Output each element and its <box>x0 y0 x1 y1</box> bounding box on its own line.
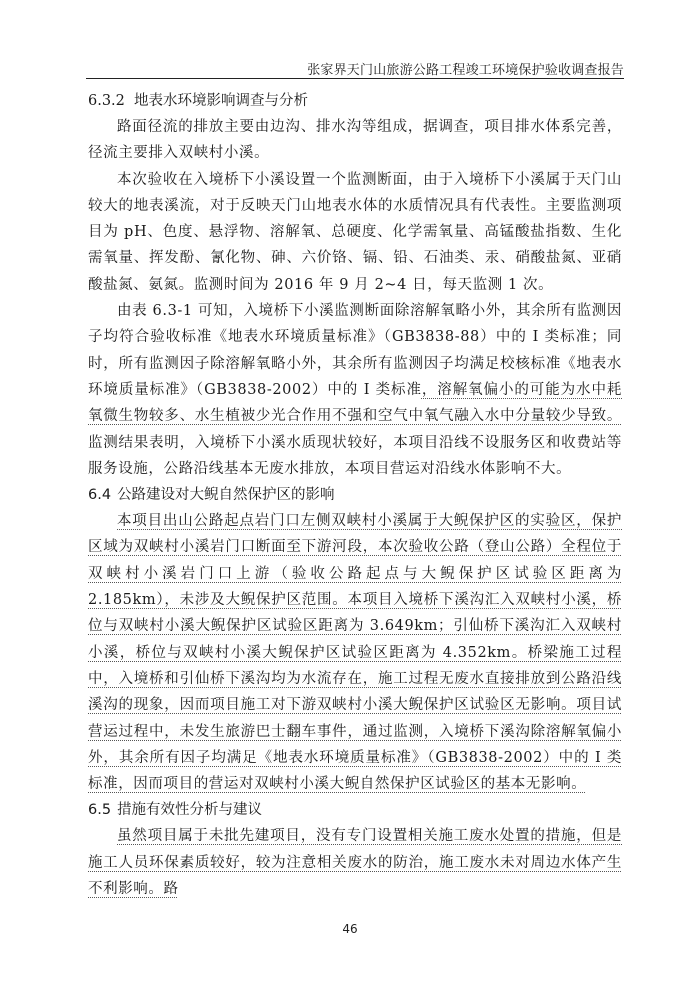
section-number: 6.4 <box>88 487 111 503</box>
underlined-text-run: 虽然项目属于未批先建项目，没有专门设置相关施工废水处置的措施，但是施工人员环保素… <box>88 828 622 897</box>
section-title: 公路建设对大鲵自然保护区的影响 <box>117 487 335 503</box>
paragraph: 由表 6.3-1 可知，入境桥下小溪监测断面除溶解氧略小外，其余所有监测因子均符… <box>88 298 622 482</box>
paragraph: 虽然项目属于未批先建项目，没有专门设置相关施工废水处置的措施，但是施工人员环保素… <box>88 823 622 902</box>
report-title: 张家界天门山旅游公路工程竣工环境保护验收调查报告 <box>307 63 624 78</box>
section-number: 6.5 <box>88 802 111 818</box>
page-header: 张家界天门山旅游公路工程竣工环境保护验收调查报告 <box>86 58 624 79</box>
section-title: 措施有效性分析与建议 <box>117 802 262 818</box>
section-number: 6.3.2 <box>88 88 134 114</box>
page-content: 6.3.2地表水环境影响调查与分析 路面径流的排放主要由边沟、排水沟等组成，据调… <box>88 88 622 902</box>
section-heading-6-5: 6.5措施有效性分析与建议 <box>88 797 622 823</box>
page-number: 46 <box>0 922 700 936</box>
paragraph: 本次验收在入境桥下小溪设置一个监测断面，由于入境桥下小溪属于天门山较大的地表溪流… <box>88 167 622 298</box>
paragraph: 本项目出山公路起点岩门口左侧双峡村小溪属于大鲵保护区的实验区，保护区域为双峡村小… <box>88 508 622 797</box>
text-run: 监测结果表明，入境桥下小溪水质现状较好，本项目沿线不设服务区和收费站等服务设施，… <box>88 435 622 477</box>
section-heading-6-3-2: 6.3.2地表水环境影响调查与分析 <box>88 88 622 114</box>
section-heading-6-4: 6.4公路建设对大鲵自然保护区的影响 <box>88 482 622 508</box>
underlined-text-run: 本项目出山公路起点岩门口左侧双峡村小溪属于大鲵保护区的实验区，保护区域为双峡村小… <box>88 513 622 792</box>
section-title: 地表水环境影响调查与分析 <box>134 93 308 109</box>
paragraph: 路面径流的排放主要由边沟、排水沟等组成，据调查，项目排水体系完善，径流主要排入双… <box>88 114 622 167</box>
